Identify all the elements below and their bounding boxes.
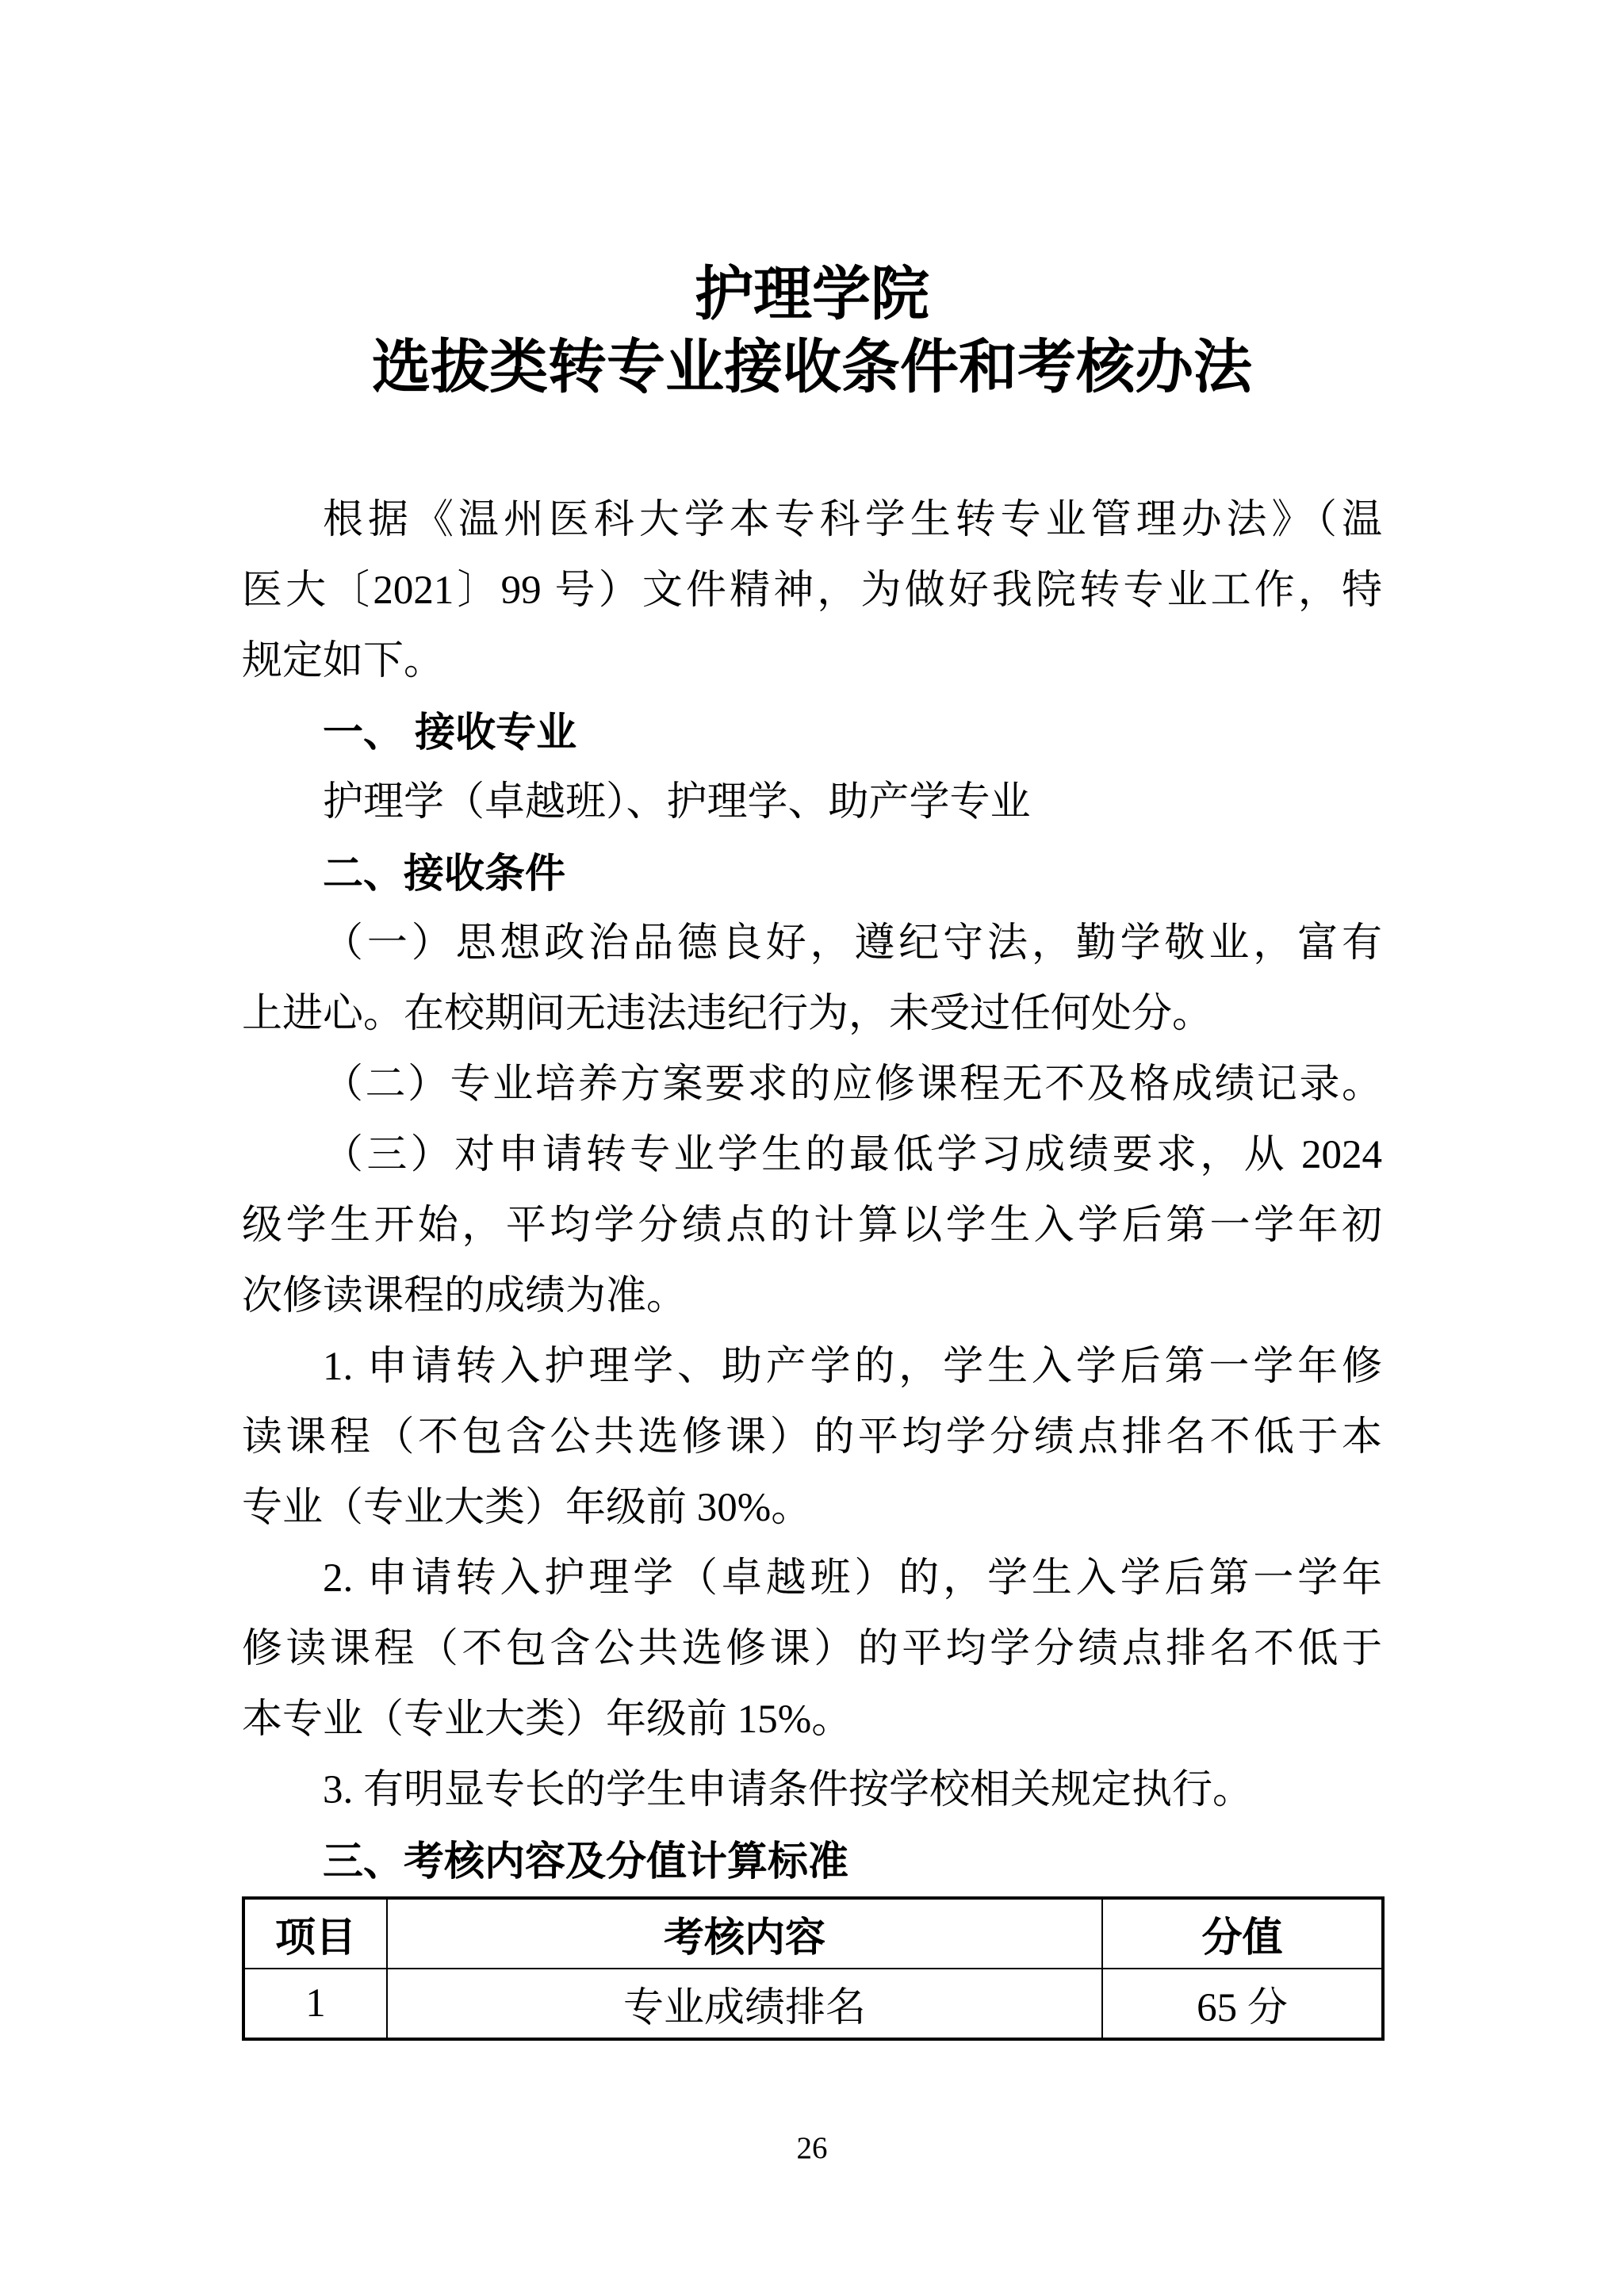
body-line: 护理学（卓越班）、护理学、助产学专业 — [242, 767, 1382, 838]
doc-title: 护理学院 选拔类转专业接收条件和考核办法 — [242, 258, 1382, 404]
table-row: 1 专业成绩排名 65 分 — [243, 1969, 1383, 2039]
body-line: 1. 申请转入护理学、助产学的，学生入学后第一学年修 — [242, 1332, 1382, 1402]
doc-title-line-1: 护理学院 — [242, 258, 1382, 331]
body-line: 医大〔2021〕99 号）文件精神，为做好我院转专业工作，特 — [242, 556, 1382, 626]
body-line: （一）思想政治品德良好，遵纪守法，勤学敬业，富有 — [242, 909, 1382, 979]
table-header-item: 项目 — [243, 1898, 387, 1969]
body-line: 规定如下。 — [242, 626, 1382, 697]
section-heading-receiving-majors: 一、 接收专业 — [242, 697, 1382, 767]
body-line: 级学生开始，平均学分绩点的计算以学生入学后第一学年初 — [242, 1191, 1382, 1261]
body-line: 次修读课程的成绩为准。 — [242, 1261, 1382, 1332]
doc-body: 根据《温州医科大学本专科学生转专业管理办法》（温 医大〔2021〕99 号）文件… — [242, 485, 1382, 1896]
body-line: 读课程（不包含公共选修课）的平均学分绩点排名不低于本 — [242, 1402, 1382, 1473]
body-line: 本专业（专业大类）年级前 15%。 — [242, 1685, 1382, 1755]
section-heading-assessment: 三、考核内容及分值计算标准 — [242, 1826, 1382, 1896]
section-heading-receiving-conditions: 二、接收条件 — [242, 838, 1382, 909]
body-line: 3. 有明显专长的学生申请条件按学校相关规定执行。 — [242, 1755, 1382, 1826]
body-line: 修读课程（不包含公共选修课）的平均学分绩点排名不低于 — [242, 1614, 1382, 1685]
assessment-table: 项目 考核内容 分值 1 专业成绩排名 65 分 — [242, 1896, 1385, 2041]
body-line: （三）对申请转专业学生的最低学习成绩要求，从 2024 — [242, 1120, 1382, 1191]
table-cell-score: 65 分 — [1102, 1969, 1383, 2039]
body-line: 2. 申请转入护理学（卓越班）的，学生入学后第一学年 — [242, 1544, 1382, 1614]
body-line: 根据《温州医科大学本专科学生转专业管理办法》（温 — [242, 485, 1382, 556]
table-header-content: 考核内容 — [387, 1898, 1102, 1969]
table-cell-content: 专业成绩排名 — [387, 1969, 1102, 2039]
document-page: 护理学院 选拔类转专业接收条件和考核办法 根据《温州医科大学本专科学生转专业管理… — [0, 0, 1624, 2296]
doc-title-line-2: 选拔类转专业接收条件和考核办法 — [242, 331, 1382, 404]
table-header-score: 分值 — [1102, 1898, 1383, 1969]
body-line: 专业（专业大类）年级前 30%。 — [242, 1473, 1382, 1544]
page-number: 26 — [0, 2131, 1624, 2166]
table-header-row: 项目 考核内容 分值 — [243, 1898, 1383, 1969]
table-cell-item: 1 — [243, 1969, 387, 2039]
body-line: （二）专业培养方案要求的应修课程无不及格成绩记录。 — [242, 1050, 1382, 1120]
body-line: 上进心。在校期间无违法违纪行为，未受过任何处分。 — [242, 979, 1382, 1050]
